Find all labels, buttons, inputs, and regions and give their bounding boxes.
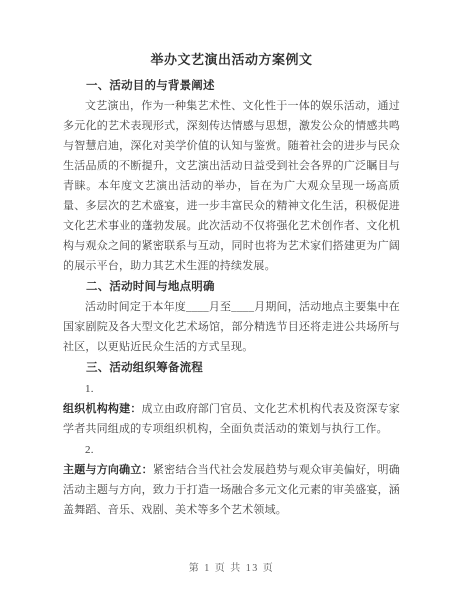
section-organization-process: 三、活动组织筹备流程 1. 组织机构构建：成立由政府部门官员、文化艺术机构代表及…	[63, 357, 400, 520]
section-heading-organization: 三、活动组织筹备流程	[63, 358, 400, 378]
paragraph-purpose: 文艺演出，作为一种集艺术性、文化性于一体的娱乐活动，通过多元化的艺术表现形式，深…	[63, 96, 400, 276]
document-page: 举办文艺演出活动方案例文 一、活动目的与背景阐述 文艺演出，作为一种集艺术性、文…	[0, 0, 463, 600]
section-purpose-background: 一、活动目的与背景阐述 文艺演出，作为一种集艺术性、文化性于一体的娱乐活动，通过…	[63, 75, 400, 276]
section-heading-purpose: 一、活动目的与背景阐述	[63, 76, 400, 96]
list-item-2: 主题与方向确立：紧密结合当代社会发展趋势与观众审美偏好，明确活动主题与方向，致力…	[63, 460, 400, 520]
list-item-1: 组织机构构建：成立由政府部门官员、文化艺术机构代表及资深专家学者共同组成的专项组…	[63, 399, 400, 439]
list-item-number-1: 1.	[63, 379, 400, 399]
list-item-2-lead: 主题与方向确立：	[63, 464, 153, 476]
document-title: 举办文艺演出活动方案例文	[63, 50, 400, 70]
section-time-place: 二、活动时间与地点明确 活动时间定于本年度____月至____月期间，活动地点主…	[63, 276, 400, 357]
page-number: 第 1 页 共 13 页	[63, 562, 400, 600]
paragraph-time-place: 活动时间定于本年度____月至____月期间，活动地点主要集中在国家剧院及各大型…	[63, 297, 400, 357]
section-heading-time-place: 二、活动时间与地点明确	[63, 277, 400, 297]
list-item-number-2: 2.	[63, 440, 400, 460]
list-item-1-lead: 组织机构构建：	[63, 403, 142, 415]
